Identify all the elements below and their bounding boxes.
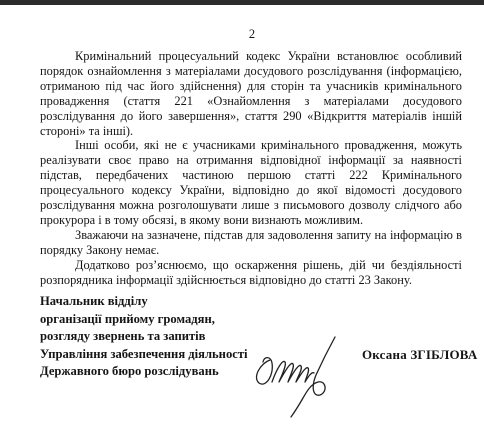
signer-title-line: розгляду звернень та запитів: [40, 328, 248, 346]
signature-icon: [248, 330, 360, 422]
document-page: 2 Кримінальний процесуальний кодекс Укра…: [0, 0, 484, 432]
signer-title-line: організації прийому громадян,: [40, 311, 248, 329]
scan-edge-artifact: [0, 0, 484, 5]
body-paragraph: Додатково роз’яснюємо, що оскарження ріш…: [40, 258, 462, 288]
page-number: 2: [40, 27, 464, 42]
signer-name: Оксана ЗГІБЛОВА: [362, 347, 477, 363]
signer-title-line: Начальник відділу: [40, 293, 248, 311]
body-paragraph: Зважаючи на зазначене, підстав для задов…: [40, 228, 462, 258]
body-paragraph: Інші особи, які не є учасниками кримінал…: [40, 138, 462, 227]
signature-block: Начальник відділу організації прийому гр…: [40, 293, 248, 381]
document-body: Кримінальний процесуальний кодекс Україн…: [40, 49, 462, 288]
signer-title-line: Державного бюро розслідувань: [40, 363, 248, 381]
body-paragraph: Кримінальний процесуальний кодекс Україн…: [40, 49, 462, 138]
signer-title-line: Управління забезпечення діяльності: [40, 346, 248, 364]
